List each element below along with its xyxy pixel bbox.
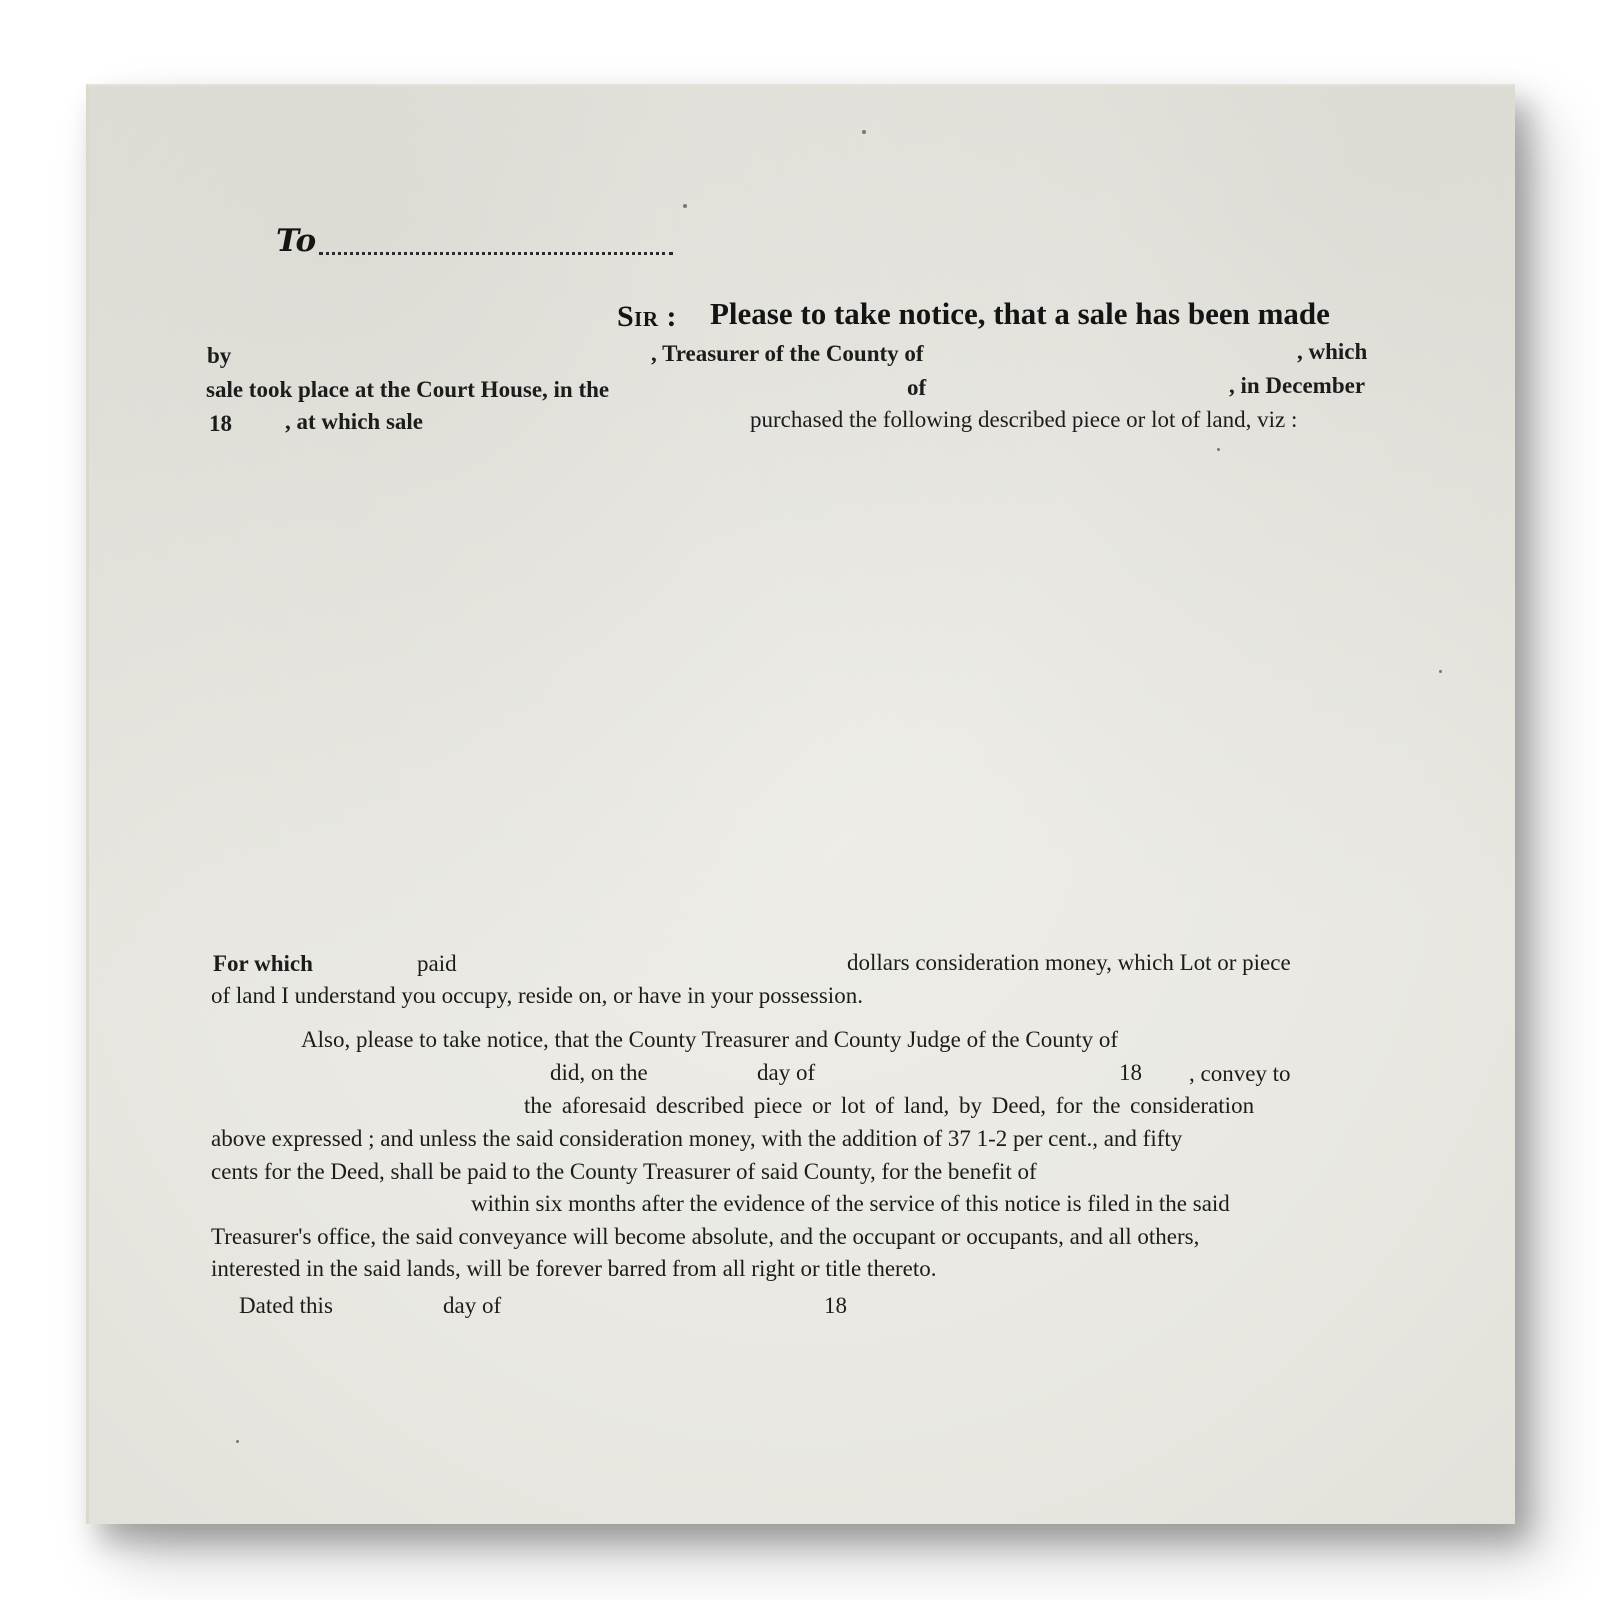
salutation: Sir : [617, 302, 677, 332]
dated-day-of-label: day of [443, 1294, 501, 1317]
above-expressed-text: above expressed ; and unless the said co… [211, 1127, 1182, 1150]
dated-year-prefix-18: 18 [824, 1294, 847, 1317]
to-recipient-field[interactable] [319, 226, 673, 252]
did-on-the-label: did, on the [550, 1061, 648, 1084]
treasurer-of-county-label: , Treasurer of the County of [651, 342, 924, 365]
to-label: To [276, 226, 316, 257]
which-label: , which [1297, 340, 1367, 363]
payer-field[interactable] [334, 948, 414, 974]
purchaser-field[interactable] [449, 406, 749, 432]
paper-speck [683, 204, 687, 208]
occupy-possession-text: of land I understand you occupy, reside … [211, 984, 863, 1007]
dated-year-field[interactable] [854, 1290, 894, 1316]
forever-barred-text: interested in the said lands, will be fo… [211, 1257, 937, 1280]
dated-day-field[interactable] [359, 1290, 439, 1316]
county-field[interactable] [994, 340, 1294, 366]
cents-for-deed-text: cents for the Deed, shall be paid to the… [211, 1160, 1037, 1183]
paper-speck [1439, 670, 1442, 673]
of-place-field[interactable] [939, 374, 1229, 400]
town-field[interactable] [674, 374, 894, 400]
sale-year-field[interactable] [239, 408, 279, 434]
dollars-consideration-label: dollars consideration money, which Lot o… [847, 951, 1291, 974]
for-which-label: For which [213, 952, 313, 975]
grantee-field[interactable] [207, 1090, 517, 1116]
in-december-label: , in December [1229, 374, 1365, 397]
convey-year-field[interactable] [1149, 1058, 1189, 1084]
beneficiary-field[interactable] [207, 1188, 467, 1214]
convey-to-label: , convey to [1189, 1062, 1291, 1085]
page-background: To Sir : Please to take notice, that a s… [0, 0, 1600, 1600]
county2-field[interactable] [207, 1056, 547, 1082]
paid-label: paid [417, 952, 457, 975]
paper-sheet: To Sir : Please to take notice, that a s… [86, 84, 1515, 1524]
land-description-area[interactable] [207, 456, 1387, 936]
paper-speck [862, 130, 866, 134]
by-label: by [207, 344, 231, 367]
of-label: of [907, 376, 926, 399]
headline: Please to take notice, that a sale has b… [710, 298, 1330, 329]
year-prefix-18: 18 [209, 412, 232, 435]
also-notice-text: Also, please to take notice, that the Co… [301, 1028, 1118, 1051]
six-months-text: within six months after the evidence of … [471, 1192, 1230, 1215]
convey-day-field[interactable] [674, 1058, 754, 1084]
purchased-land-label: purchased the following described piece … [750, 408, 1297, 431]
at-which-sale-label: , at which sale [285, 410, 423, 433]
treasurer-name-field[interactable] [249, 340, 649, 366]
convey-year-prefix-18: 18 [1119, 1061, 1142, 1084]
dated-month-field[interactable] [519, 1290, 819, 1316]
to-recipient-line [319, 252, 673, 255]
paper-speck [1217, 448, 1220, 451]
convey-month-field[interactable] [834, 1058, 1114, 1084]
amount-field[interactable] [469, 948, 839, 974]
aforesaid-land-text: the aforesaid described piece or lot of … [524, 1094, 1254, 1117]
day-of-label: day of [757, 1061, 815, 1084]
dated-this-label: Dated this [239, 1294, 333, 1317]
court-house-label: sale took place at the Court House, in t… [206, 378, 609, 401]
conveyance-absolute-text: Treasurer's office, the said conveyance … [211, 1225, 1199, 1248]
paper-speck [236, 1440, 239, 1443]
